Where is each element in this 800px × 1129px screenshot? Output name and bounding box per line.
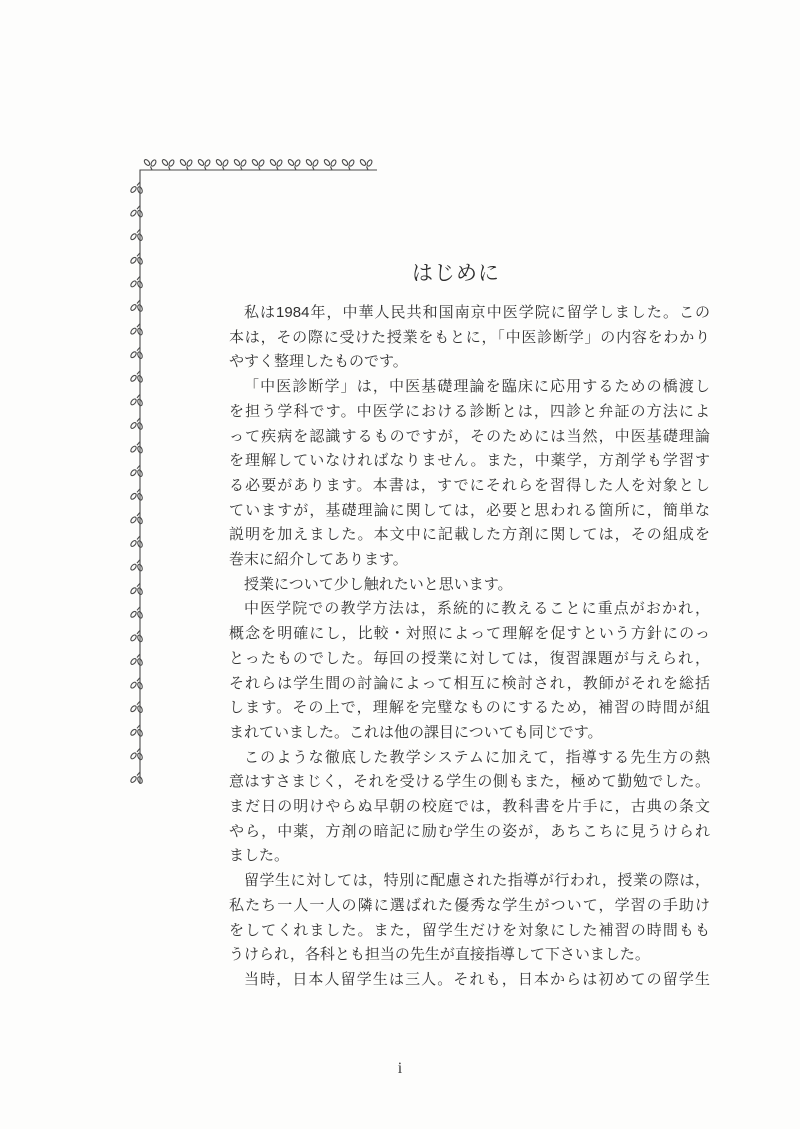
text-line: やら，中薬，方剤の暗記に励む学生の姿が，あちこちに見うけられ	[229, 820, 710, 845]
text-line: 中医学院での教学方法は，系統的に教えることに重点がおかれ，	[229, 597, 710, 622]
body-text: 私は1984年，中華人民共和国南京中医学院に留学しました。この本は，その際に受け…	[229, 301, 710, 993]
text-line: このような徹底した教学システムに加えて，指導する先生方の熱	[229, 746, 710, 771]
text-line: とったものでした。毎回の授業に対しては，復習課題が与えられ，	[229, 647, 710, 672]
text-line: 私たち一人一人の隣に選ばれた優秀な学生がついて，学習の手助け	[229, 894, 710, 919]
paragraph: 当時，日本人留学生は三人。それも，日本からは初めての留学生	[229, 968, 710, 993]
text-line: 概念を明確にし，比較・対照によって理解を促すという方針にのっ	[229, 622, 710, 647]
text-line: 授業について少し触れたいと思います。	[229, 573, 710, 598]
text-line: それらは学生間の討論によって相互に検討され，教師がそれを総括	[229, 672, 710, 697]
paragraph: 「中医診断学」は，中医基礎理論を臨床に応用するための橋渡しを担う学科です。中医学…	[229, 375, 710, 573]
text-line: を理解していなければなりません。また，中薬学，方剤学も学習す	[229, 449, 710, 474]
text-line: ていますが，基礎理論に関しては，必要と思われる箇所に，簡単な	[229, 499, 710, 524]
paragraph: 留学生に対しては，特別に配慮された指導が行われ，授業の際は，私たち一人一人の隣に…	[229, 869, 710, 968]
text-line: をしてくれました。また，留学生だけを対象にした補習の時間もも	[229, 919, 710, 944]
text-line: やすく整理したものです。	[229, 350, 710, 375]
text-line: 当時，日本人留学生は三人。それも，日本からは初めての留学生	[229, 968, 710, 993]
text-line: 本は，その際に受けた授業をもとに，「中医診断学」の内容をわかり	[229, 326, 710, 351]
text-line: まれていました。これは他の課目についても同じです。	[229, 721, 710, 746]
page-title: はじめに	[412, 257, 500, 287]
text-line: まだ日の明けやらぬ早朝の校庭では，教科書を片手に，古典の条文	[229, 795, 710, 820]
page-number: i	[0, 1060, 800, 1078]
text-line: 留学生に対しては，特別に配慮された指導が行われ，授業の際は，	[229, 869, 710, 894]
book-page: はじめに 私は1984年，中華人民共和国南京中医学院に留学しました。この本は，そ…	[0, 0, 800, 1129]
text-line: って疾病を認識するものですが，そのためには当然，中医基礎理論	[229, 425, 710, 450]
paragraph: 私は1984年，中華人民共和国南京中医学院に留学しました。この本は，その際に受け…	[229, 301, 710, 375]
text-line: を担う学科です。中医学における診断とは，四診と弁証の方法によ	[229, 400, 710, 425]
paragraph: 授業について少し触れたいと思います。	[229, 573, 710, 598]
text-line: 私は1984年，中華人民共和国南京中医学院に留学しました。この	[229, 301, 710, 326]
text-line: うけられ，各科とも担当の先生が直接指導して下さいました。	[229, 943, 710, 968]
text-line: 巻末に紹介してあります。	[229, 548, 710, 573]
text-line: 意はすさまじく，それを受ける学生の側もまた，極めて勤勉でした。	[229, 770, 710, 795]
paragraph: このような徹底した教学システムに加えて，指導する先生方の熱意はすさまじく，それを…	[229, 746, 710, 870]
text-line: 説明を加えました。本文中に記載した方剤に関しては，その組成を	[229, 523, 710, 548]
text-line: る必要があります。本書は，すでにそれらを習得した人を対象とし	[229, 474, 710, 499]
paragraph: 中医学院での教学方法は，系統的に教えることに重点がおかれ，概念を明確にし，比較・…	[229, 597, 710, 745]
text-line: 「中医診断学」は，中医基礎理論を臨床に応用するための橋渡し	[229, 375, 710, 400]
text-line: ました。	[229, 844, 710, 869]
text-line: します。その上で，理解を完璧なものにするため，補習の時間が組	[229, 696, 710, 721]
